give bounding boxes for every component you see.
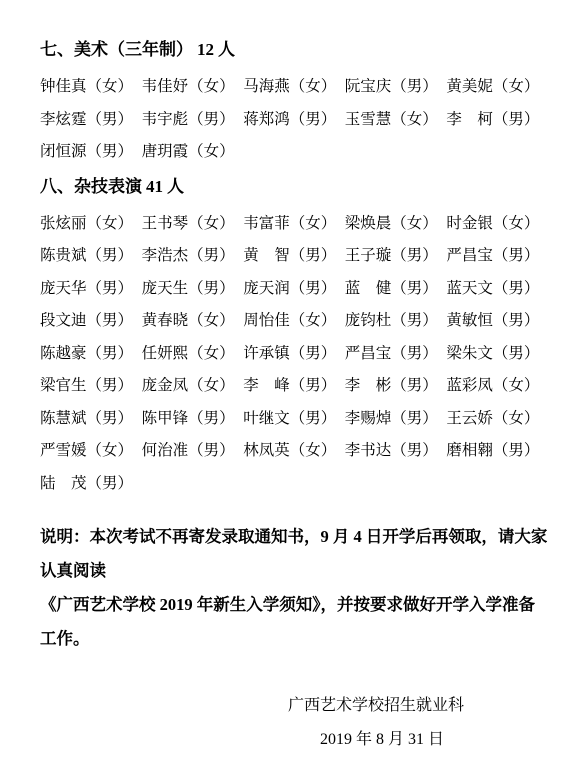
note-line: 《广西艺术学校 2019 年新生入学须知》，并按要求做好开学入学准备工作。 — [40, 588, 548, 656]
document-page: 七、美术（三年制）12人 钟佳真（女） 韦佳妤（女） 马海燕（女） 阮宝庆（男）… — [0, 0, 587, 767]
roster-entry: 钟佳真（女） — [40, 71, 142, 104]
signature-date: 2019 年 8 月 31 日 — [40, 729, 548, 751]
roster-entry: 叶继文（男） — [243, 403, 345, 436]
roster-entry: 阮宝庆（男） — [345, 71, 447, 104]
roster-entry: 马海燕（女） — [243, 71, 345, 104]
roster-entry: 韦富菲（女） — [243, 208, 345, 241]
roster-entry: 许承镇（男） — [243, 338, 345, 371]
note-line: 说明：本次考试不再寄发录取通知书，9 月 4 日开学后再领取，请大家认真阅读 — [40, 520, 548, 588]
roster-entry: 李 柯（男） — [446, 104, 548, 137]
roster-entry: 黄春晓（女） — [142, 305, 244, 338]
roster-entry: 王书琴（女） — [142, 208, 244, 241]
roster-entry: 李 彬（男） — [345, 370, 447, 403]
signature-org: 广西艺术学校招生就业科 — [40, 695, 548, 717]
fine-arts-roster-grid: 钟佳真（女） 韦佳妤（女） 马海燕（女） 阮宝庆（男） 黄美妮（女） 李炫霆（男… — [40, 71, 548, 169]
roster-entry: 段文迪（男） — [40, 305, 142, 338]
roster-entry: 梁朱文（男） — [446, 338, 548, 371]
roster-entry: 陈甲锋（男） — [142, 403, 244, 436]
roster-entry: 庞天华（男） — [40, 273, 142, 306]
roster-entry: 任妍熙（女） — [142, 338, 244, 371]
section-count-unit: 人 — [167, 177, 184, 196]
roster-entry: 王云娇（女） — [446, 403, 548, 436]
roster-entry: 唐玥霞（女） — [142, 136, 244, 169]
roster-entry: 黄美妮（女） — [446, 71, 548, 104]
roster-entry: 陈慧斌（男） — [40, 403, 142, 436]
roster-entry: 陆 茂（男） — [40, 468, 142, 501]
roster-entry: 蓝彩凤（女） — [446, 370, 548, 403]
roster-entry: 李浩杰（男） — [142, 240, 244, 273]
roster-entry: 韦宇彪（男） — [142, 104, 244, 137]
section-count-unit: 人 — [218, 40, 235, 59]
roster-entry: 庞钧杜（男） — [345, 305, 447, 338]
roster-entry: 李书达（男） — [345, 435, 447, 468]
section-fine-arts-title: 七、美术（三年制）12人 — [40, 39, 548, 61]
roster-entry: 周怡佳（女） — [243, 305, 345, 338]
acrobatics-roster-grid: 张炫丽（女） 王书琴（女） 韦富菲（女） 梁焕晨（女） 时金银（女） 陈贵斌（男… — [40, 208, 548, 501]
roster-entry: 时金银（女） — [446, 208, 548, 241]
roster-entry: 韦佳妤（女） — [142, 71, 244, 104]
roster-entry: 蒋郑鸿（男） — [243, 104, 345, 137]
section-acrobatics: 八、杂技表演41人 张炫丽（女） 王书琴（女） 韦富菲（女） 梁焕晨（女） 时金… — [40, 176, 548, 501]
note-paragraph: 说明：本次考试不再寄发录取通知书，9 月 4 日开学后再领取，请大家认真阅读 《… — [40, 520, 548, 656]
roster-entry: 梁焕晨（女） — [345, 208, 447, 241]
roster-entry: 李炫霆（男） — [40, 104, 142, 137]
roster-entry: 王子璇（男） — [345, 240, 447, 273]
roster-entry: 蓝天文（男） — [446, 273, 548, 306]
roster-entry: 严昌宝（男） — [345, 338, 447, 371]
roster-entry: 严雪媛（女） — [40, 435, 142, 468]
roster-entry: 李 峰（男） — [243, 370, 345, 403]
section-count: 12 — [197, 40, 214, 59]
roster-entry: 庞天生（男） — [142, 273, 244, 306]
roster-entry: 陈越豪（男） — [40, 338, 142, 371]
section-count: 41 — [146, 177, 163, 196]
roster-entry: 庞金凤（女） — [142, 370, 244, 403]
roster-entry: 何治准（男） — [142, 435, 244, 468]
roster-entry: 黄 智（男） — [243, 240, 345, 273]
section-title-text: 七、美术（三年制） — [40, 40, 193, 59]
section-title-text: 八、杂技表演 — [40, 177, 142, 196]
section-fine-arts: 七、美术（三年制）12人 钟佳真（女） 韦佳妤（女） 马海燕（女） 阮宝庆（男）… — [40, 39, 548, 169]
roster-entry: 闭恒源（男） — [40, 136, 142, 169]
section-acrobatics-title: 八、杂技表演41人 — [40, 176, 548, 198]
roster-entry: 磨相翱（男） — [446, 435, 548, 468]
roster-entry: 蓝 健（男） — [345, 273, 447, 306]
roster-entry: 黄敏恒（男） — [446, 305, 548, 338]
roster-entry: 严昌宝（男） — [446, 240, 548, 273]
roster-entry: 玉雪慧（女） — [345, 104, 447, 137]
roster-entry: 李赐焯（男） — [345, 403, 447, 436]
roster-entry: 陈贵斌（男） — [40, 240, 142, 273]
roster-entry: 张炫丽（女） — [40, 208, 142, 241]
roster-entry: 林凤英（女） — [243, 435, 345, 468]
roster-entry: 庞天润（男） — [243, 273, 345, 306]
roster-entry: 梁官生（男） — [40, 370, 142, 403]
